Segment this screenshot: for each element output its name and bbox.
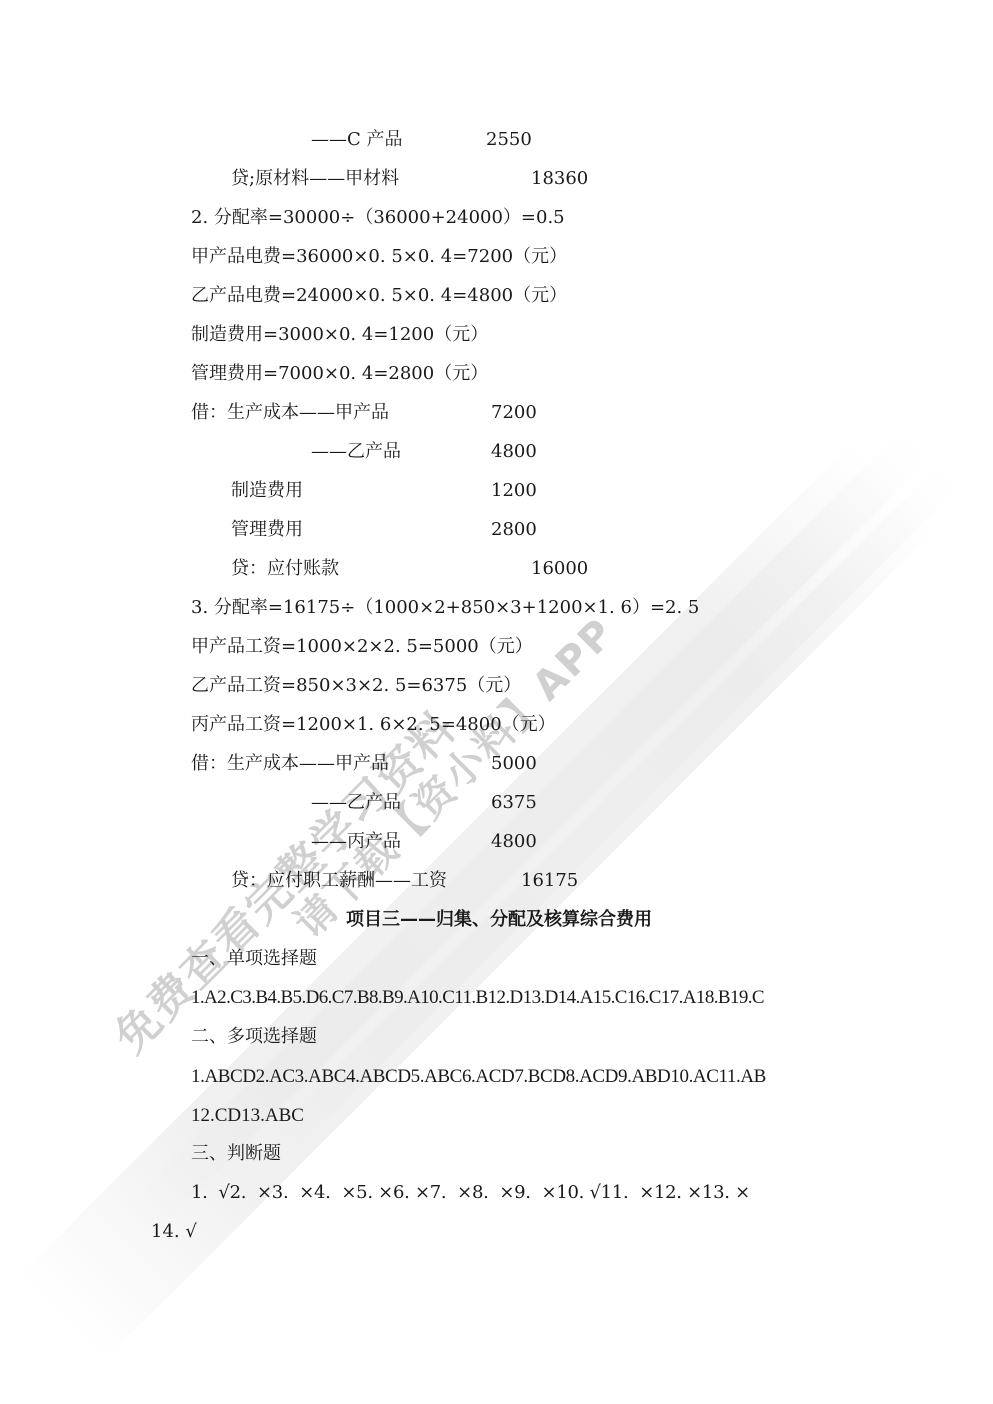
single-choice-heading: 一、单项选择题 [191, 948, 317, 970]
q2-entry-label: ——乙产品 [311, 441, 401, 463]
q2-entry-amount: 1200 [491, 480, 537, 502]
q3-calc-line: 乙产品工资=850×3×2. 5=6375（元） [191, 675, 521, 697]
q3-entry-amount: 16175 [521, 870, 578, 892]
q2-entry-label: 借：生产成本——甲产品 [191, 402, 389, 424]
multiple-choice-answers: 1.ABCD2.AC3.ABC4.ABCD5.ABC6.ACD7.BCD8.AC… [191, 1066, 766, 1088]
section-title: 项目三——归集、分配及核算综合费用 [346, 909, 652, 931]
q3-entry-amount: 5000 [491, 753, 537, 775]
true-false-answers: 1. √2. ×3. ×4. ×5. ×6. ×7. ×8. ×9. ×10. … [191, 1182, 750, 1204]
q2-entry-amount: 16000 [531, 558, 588, 580]
q2-entry-label: 贷：应付账款 [231, 558, 339, 580]
entry-line: 贷;原材料——甲材料 [231, 168, 399, 190]
single-choice-answers: 1.A2.C3.B4.B5.D6.C7.B8.B9.A10.C11.B12.D1… [191, 987, 764, 1009]
multiple-choice-heading: 二、多项选择题 [191, 1026, 317, 1048]
q3-entry-label: ——丙产品 [311, 831, 401, 853]
q3-entry-label: ——乙产品 [311, 792, 401, 814]
q2-calc-line: 乙产品电费=24000×0. 5×0. 4=4800（元） [191, 285, 567, 307]
q3-rate: 3. 分配率=16175÷（1000×2+850×3+1200×1. 6）=2.… [191, 597, 699, 619]
q3-entry-label: 贷：应付职工薪酬——工资 [231, 870, 447, 892]
q2-entry-label: 制造费用 [231, 480, 303, 502]
q2-calc-line: 甲产品电费=36000×0. 5×0. 4=7200（元） [191, 246, 567, 268]
q3-calc-line: 甲产品工资=1000×2×2. 5=5000（元） [191, 636, 533, 658]
q2-calc-line: 制造费用=3000×0. 4=1200（元） [191, 324, 488, 346]
entry-amount: 2550 [486, 129, 532, 151]
q2-entry-amount: 4800 [491, 441, 537, 463]
true-false-heading: 三、判断题 [191, 1143, 281, 1165]
entry-label: ——C 产品 [311, 129, 403, 150]
q2-entry-amount: 2800 [491, 519, 537, 541]
entry-label: 贷;原材料——甲材料 [231, 168, 399, 189]
document-page: 免费查看完整学习资料 请下载【资小料】APP ——C 产品 2550 贷;原材料… [0, 0, 993, 1404]
q3-entry-amount: 6375 [491, 792, 537, 814]
q3-calc-line: 丙产品工资=1200×1. 6×2. 5=4800（元） [191, 714, 556, 736]
entry-line: ——C 产品 [311, 129, 403, 151]
entry-amount: 18360 [531, 168, 588, 190]
q2-entry-amount: 7200 [491, 402, 537, 424]
multiple-choice-answers: 12.CD13.ABC [191, 1105, 304, 1127]
true-false-answers: 14. √ [151, 1221, 197, 1243]
q2-entry-label: 管理费用 [231, 519, 303, 541]
q2-calc-line: 管理费用=7000×0. 4=2800（元） [191, 363, 488, 385]
q3-entry-label: 借：生产成本——甲产品 [191, 753, 389, 775]
q3-entry-amount: 4800 [491, 831, 537, 853]
q2-rate: 2. 分配率=30000÷（36000+24000）=0.5 [191, 207, 565, 229]
